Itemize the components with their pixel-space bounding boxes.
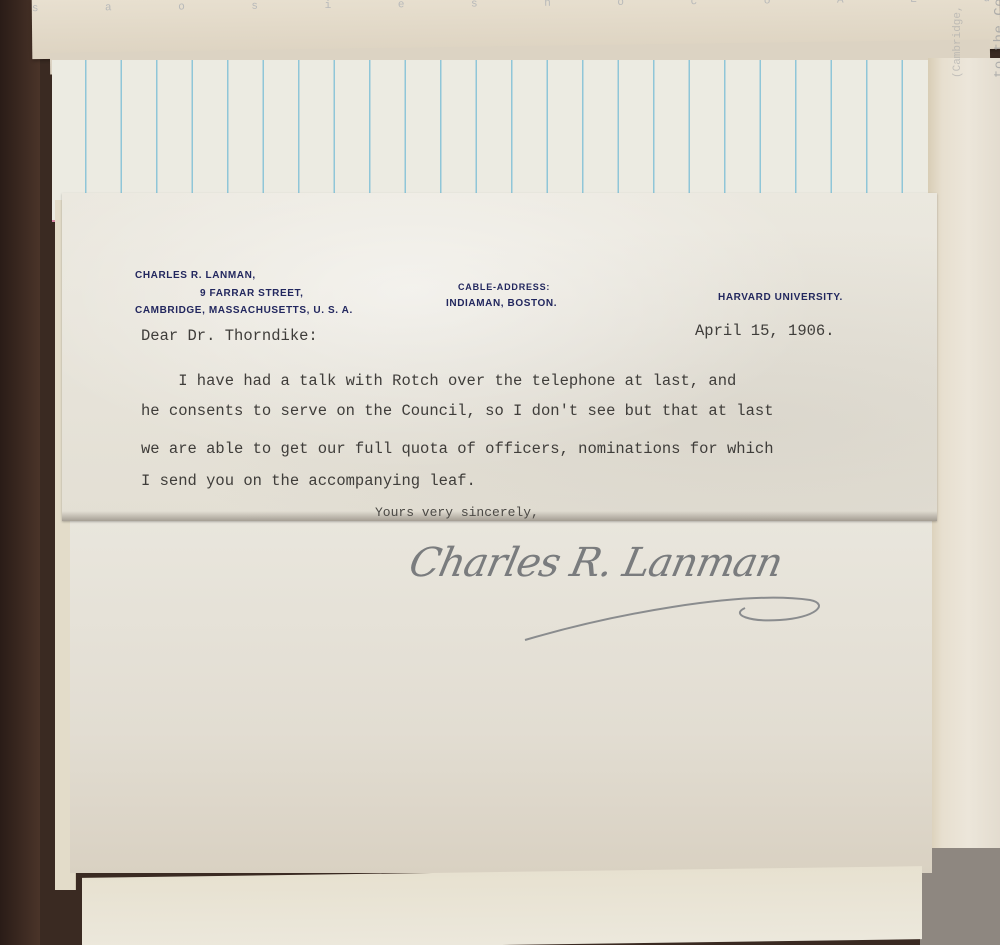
- letter-date: April 15, 1906.: [695, 322, 835, 340]
- faded-typed-text: s a o s i e s n o c ð A E u n m: [32, 0, 1000, 37]
- rotated-side-page: to the Committee on the Council and some…: [928, 58, 1000, 848]
- letter-body-line: I send you on the accompanying leaf.: [141, 472, 476, 490]
- letterhead-street: 9 FARRAR STREET,: [200, 288, 304, 299]
- side-page-mirrored-text: to the Committee on the Council and some…: [992, 0, 1000, 78]
- letterhead-cable-label: CABLE-ADDRESS:: [458, 282, 550, 292]
- desk-background: [0, 0, 40, 945]
- letterhead-institution: HARVARD UNIVERSITY.: [718, 292, 843, 303]
- letterhead-cable-address: INDIAMAN, BOSTON.: [446, 298, 557, 309]
- letter-salutation: Dear Dr. Thorndike:: [141, 327, 318, 345]
- signature: Charles R. Lanman: [410, 540, 830, 650]
- letter-bottom-flap: [82, 866, 922, 945]
- signature-flourish-icon: [410, 540, 830, 650]
- side-page-mirrored-text-2: (Cambridge, Mass.) be sent above the dec…: [952, 0, 982, 78]
- letter-body-line: we are able to get our full quota of off…: [141, 440, 774, 458]
- letterhead-name: CHARLES R. LANMAN,: [135, 270, 256, 281]
- desk-surface: [920, 840, 1000, 945]
- letterhead-city: CAMBRIDGE, MASSACHUSETTS, U. S. A.: [135, 305, 353, 316]
- letter-body-line: he consents to serve on the Council, so …: [141, 402, 774, 420]
- letter-closing: Yours very sincerely,: [375, 505, 539, 520]
- letter-body-line: I have had a talk with Rotch over the te…: [141, 372, 736, 390]
